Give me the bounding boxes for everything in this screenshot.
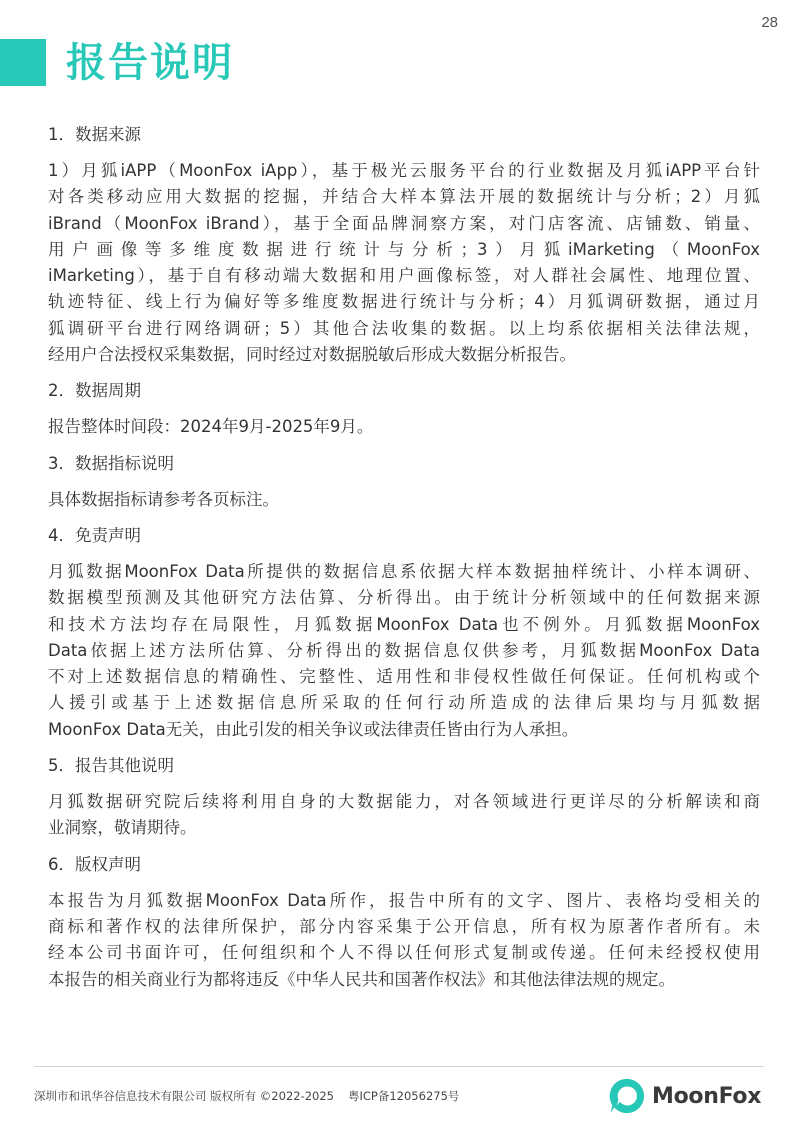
text-line: iMarketing），基于自有移动端大数据和用户画像标签，对人群社会属性、地理… xyxy=(48,263,760,289)
report-notes-content: 1．数据来源 1）月狐iAPP（MoonFox iApp），基于极光云服务平台的… xyxy=(48,122,760,1003)
section-body: 本报告为月狐数据MoonFox Data所作，报告中所有的文字、图片、表格均受相… xyxy=(48,888,760,993)
text-line: MoonFox Data无关，由此引发的相关争议或法律责任皆由行为人承担。 xyxy=(48,717,760,743)
page-title: 报告说明 xyxy=(66,34,234,92)
footer-divider xyxy=(34,1066,764,1067)
footer-icp: 粤ICP备12056275号 xyxy=(348,1089,459,1103)
text-line: 狐调研平台进行网络调研；5）其他合法收集的数据。以上均系依据相关法律法规， xyxy=(48,316,760,342)
page-number: 28 xyxy=(761,14,778,31)
text-line: 月狐数据MoonFox Data所提供的数据信息系依据大样本数据抽样统计、小样本… xyxy=(48,559,760,585)
text-line: 用户画像等多维度数据进行统计与分析；3）月狐iMarketing（MoonFox xyxy=(48,237,760,263)
text-line: 人援引或基于上述数据信息所采取的任何行动所造成的法律后果均与月狐数据 xyxy=(48,690,760,716)
section-body: 具体数据指标请参考各页标注。 xyxy=(48,487,760,513)
text-line: 报告整体时间段：2024年9月-2025年9月。 xyxy=(48,414,760,440)
text-line: 不对上述数据信息的精确性、完整性、适用性和非侵权性做任何保证。任何机构或个 xyxy=(48,664,760,690)
text-line: 轨迹特征、线上行为偏好等多维度数据进行统计与分析；4）月狐调研数据，通过月 xyxy=(48,289,760,315)
text-line: 商标和著作权的法律所保护，部分内容采集于公开信息，所有权为原著作者所有。未 xyxy=(48,914,760,940)
text-line: 数据模型预测及其他研究方法估算、分析得出。由于统计分析领域中的任何数据来源 xyxy=(48,585,760,611)
text-line: 本报告的相关商业行为都将违反《中华人民共和国著作权法》和其他法律法规的规定。 xyxy=(48,967,760,993)
text-line: iBrand（MoonFox iBrand），基于全面品牌洞察方案，对门店客流、… xyxy=(48,211,760,237)
text-line: 业洞察，敬请期待。 xyxy=(48,815,760,841)
moonfox-logo: MoonFox xyxy=(608,1077,761,1115)
text-line: 经用户合法授权采集数据，同时经过对数据脱敏后形成大数据分析报告。 xyxy=(48,342,760,368)
section-copyright: 6．版权声明 本报告为月狐数据MoonFox Data所作，报告中所有的文字、图… xyxy=(48,852,760,993)
section-heading: 3．数据指标说明 xyxy=(48,451,760,477)
section-data-period: 2．数据周期 报告整体时间段：2024年9月-2025年9月。 xyxy=(48,378,760,440)
section-other-notes: 5．报告其他说明 月狐数据研究院后续将利用自身的大数据能力，对各领域进行更详尽的… xyxy=(48,753,760,842)
section-body: 月狐数据研究院后续将利用自身的大数据能力，对各领域进行更详尽的分析解读和商 业洞… xyxy=(48,789,760,842)
text-line: 月狐数据研究院后续将利用自身的大数据能力，对各领域进行更详尽的分析解读和商 xyxy=(48,789,760,815)
footer-copyright: 深圳市和讯华谷信息技术有限公司 版权所有 ©2022-2025粤ICP备1205… xyxy=(34,1088,459,1104)
logo-wordmark: MoonFox xyxy=(652,1084,761,1109)
section-heading: 4．免责声明 xyxy=(48,523,760,549)
text-line: 1）月狐iAPP（MoonFox iApp），基于极光云服务平台的行业数据及月狐… xyxy=(48,158,760,184)
text-line: 经本公司书面许可，任何组织和个人不得以任何形式复制或传递。任何未经授权使用 xyxy=(48,940,760,966)
text-line: 本报告为月狐数据MoonFox Data所作，报告中所有的文字、图片、表格均受相… xyxy=(48,888,760,914)
section-body: 1）月狐iAPP（MoonFox iApp），基于极光云服务平台的行业数据及月狐… xyxy=(48,158,760,368)
section-body: 报告整体时间段：2024年9月-2025年9月。 xyxy=(48,414,760,440)
section-heading: 6．版权声明 xyxy=(48,852,760,878)
section-data-sources: 1．数据来源 1）月狐iAPP（MoonFox iApp），基于极光云服务平台的… xyxy=(48,122,760,368)
text-line: Data依据上述方法所估算、分析得出的数据信息仅供参考，月狐数据MoonFox … xyxy=(48,638,760,664)
footer-company: 深圳市和讯华谷信息技术有限公司 版权所有 ©2022-2025 xyxy=(34,1089,334,1103)
section-body: 月狐数据MoonFox Data所提供的数据信息系依据大样本数据抽样统计、小样本… xyxy=(48,559,760,743)
section-disclaimer: 4．免责声明 月狐数据MoonFox Data所提供的数据信息系依据大样本数据抽… xyxy=(48,523,760,743)
section-heading: 2．数据周期 xyxy=(48,378,760,404)
title-accent-bar xyxy=(0,39,46,86)
text-line: 和技术方法均存在局限性，月狐数据MoonFox Data也不例外。月狐数据Moo… xyxy=(48,612,760,638)
section-heading: 5．报告其他说明 xyxy=(48,753,760,779)
moonfox-logo-icon xyxy=(608,1077,646,1115)
section-metrics-description: 3．数据指标说明 具体数据指标请参考各页标注。 xyxy=(48,451,760,513)
section-heading: 1．数据来源 xyxy=(48,122,760,148)
text-line: 对各类移动应用大数据的挖掘，并结合大样本算法开展的数据统计与分析；2）月狐 xyxy=(48,184,760,210)
text-line: 具体数据指标请参考各页标注。 xyxy=(48,487,760,513)
